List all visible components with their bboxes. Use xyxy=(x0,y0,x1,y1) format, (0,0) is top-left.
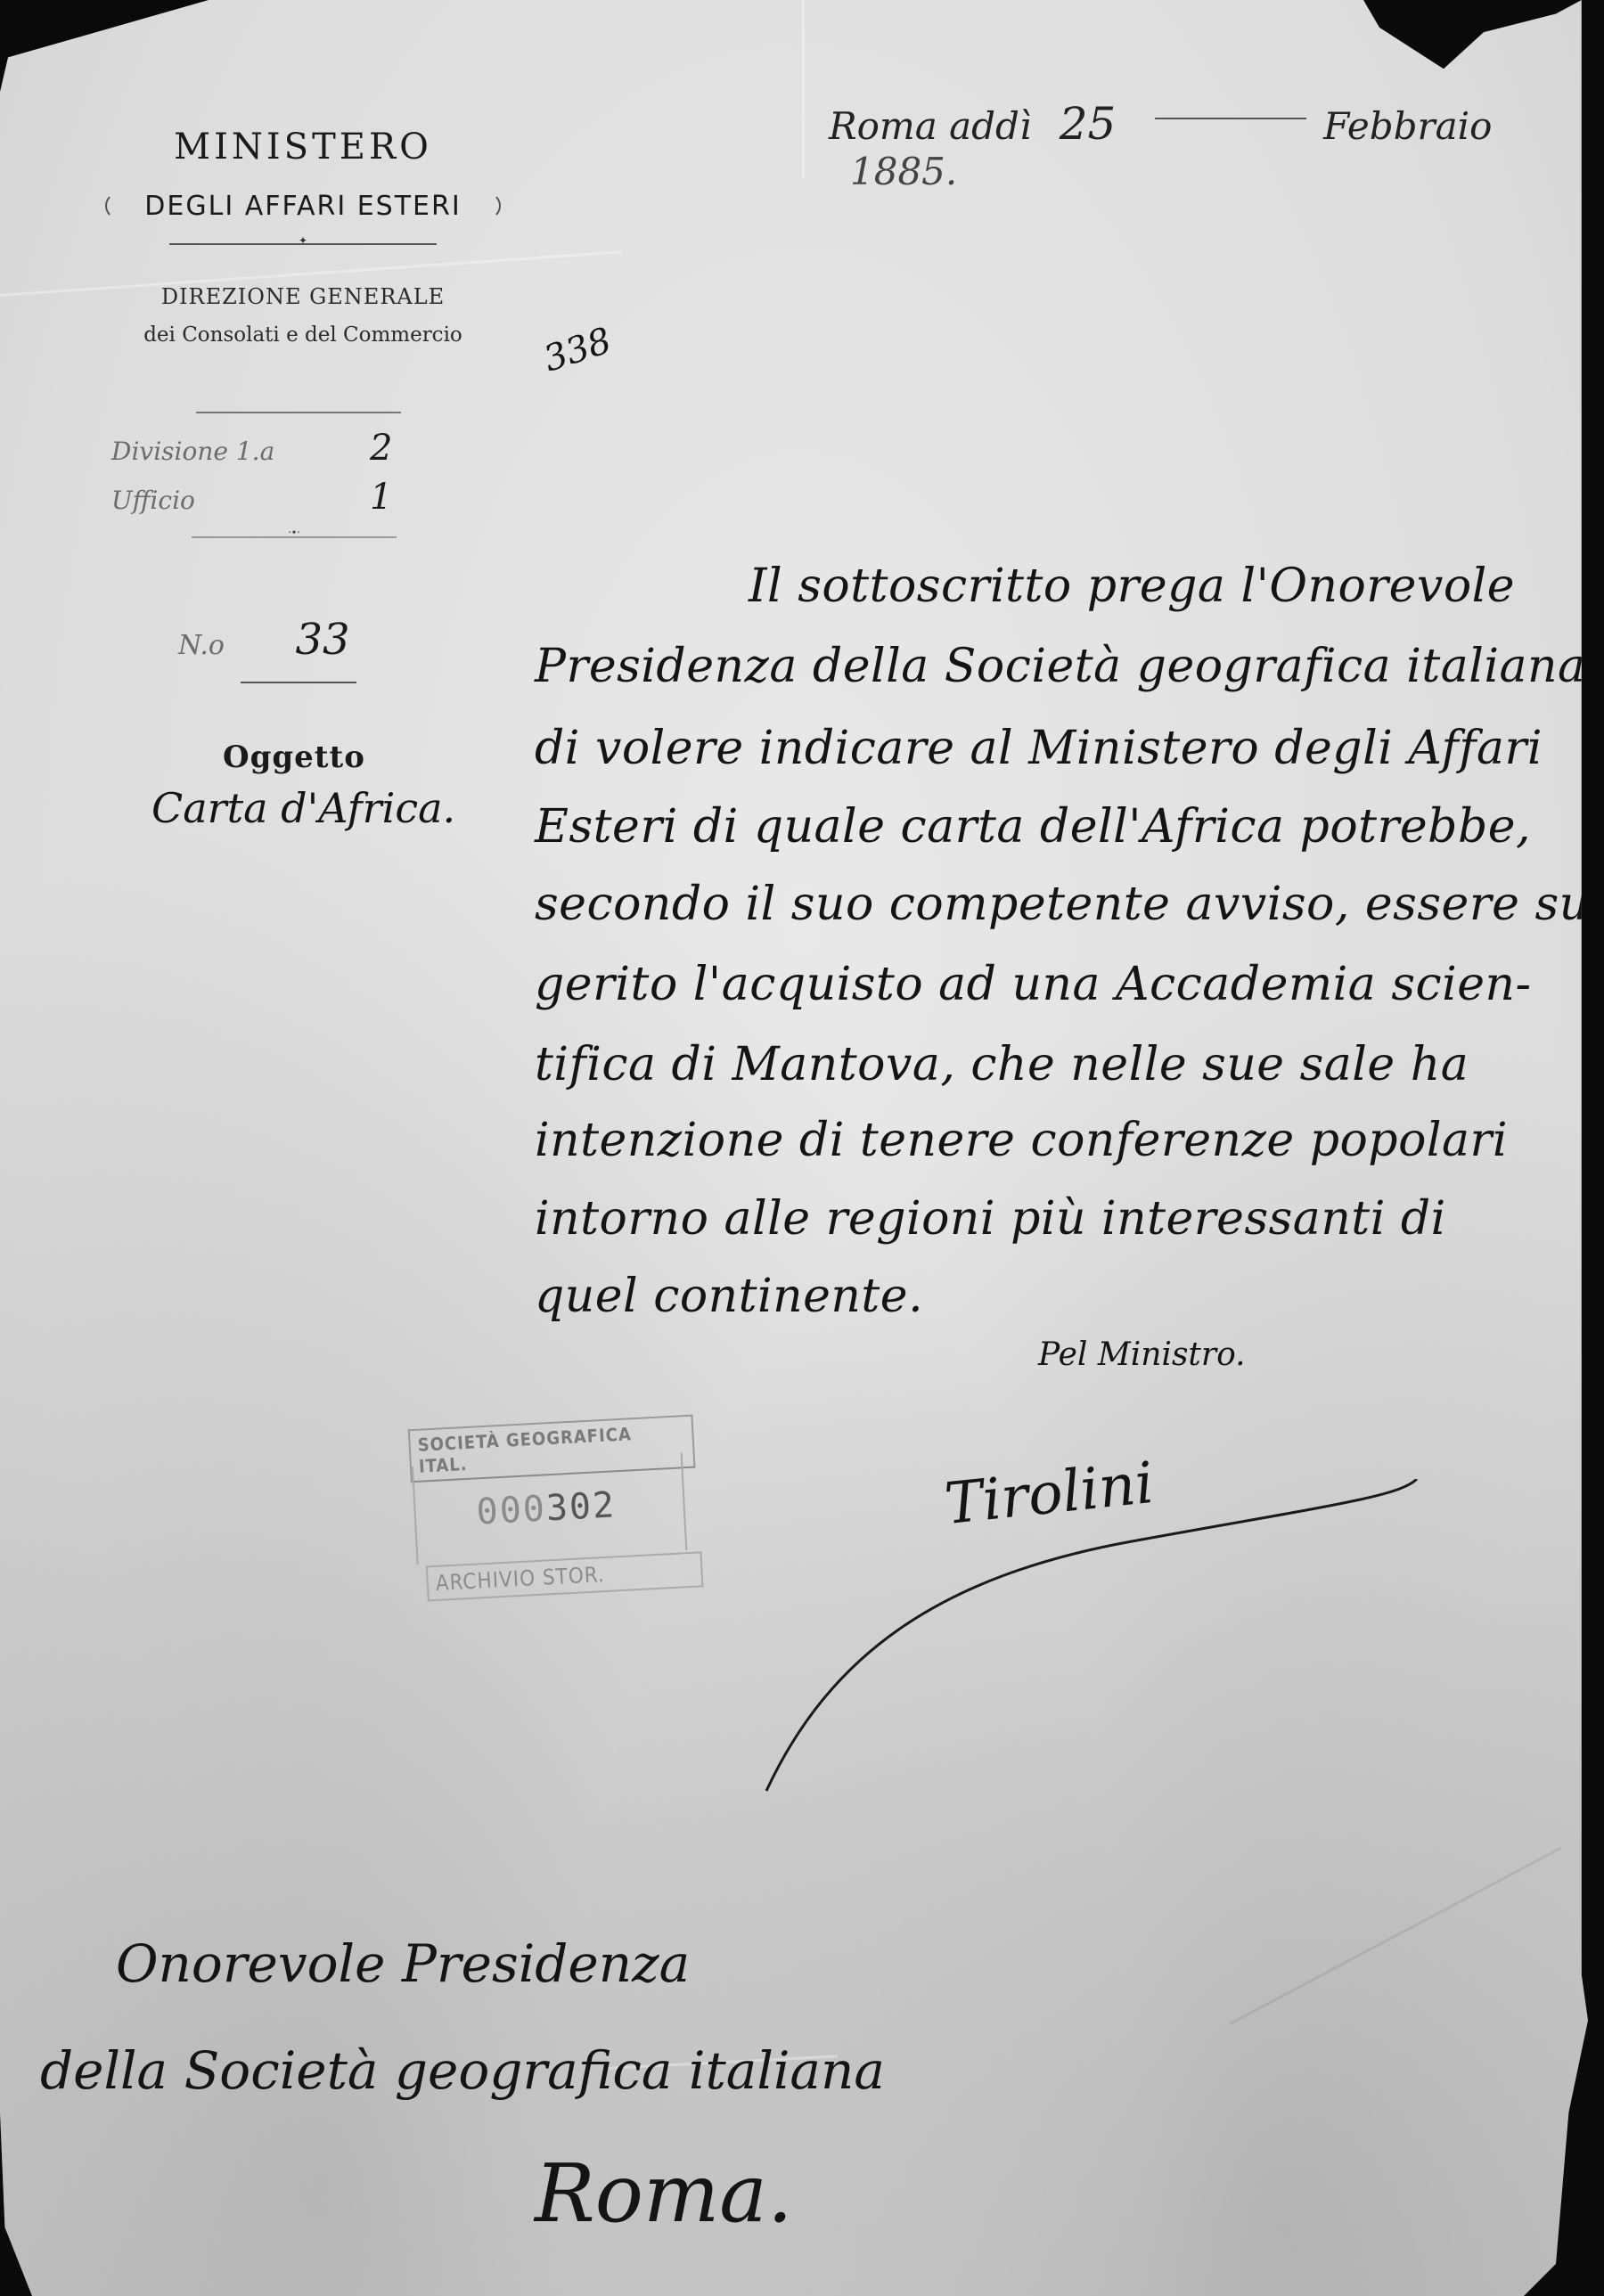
body-line: di volere indicare al Ministero degli Af… xyxy=(535,722,1543,775)
date-day: 25 xyxy=(1060,98,1117,150)
subject-label: Oggetto xyxy=(223,739,365,775)
letterhead-directorate-detail: dei Consolati e del Commercio xyxy=(27,323,579,347)
address-line: Onorevole Presidenza xyxy=(116,1933,690,1994)
protocol-number: N.o 33 xyxy=(178,615,350,665)
stamp-number-main: 302 xyxy=(545,1484,618,1529)
on-behalf-of: Pel Ministro. xyxy=(1038,1336,1246,1373)
subject-value: Carta d'Africa. xyxy=(151,784,455,832)
letterhead-directorate: DIREZIONE GENERALE xyxy=(27,284,579,309)
letterhead-title: MINISTERO xyxy=(27,127,579,168)
address-line: Roma. xyxy=(535,2147,793,2241)
stamp-number: 000302 xyxy=(476,1484,618,1532)
body-line: secondo il suo competente avviso, essere… xyxy=(535,878,1604,931)
date-month: Febbraio xyxy=(1323,104,1492,148)
letter-page: MINISTERO DEGLI AFFARI ESTERI DIREZIONE … xyxy=(0,0,1604,2296)
date-rule xyxy=(1155,118,1306,119)
paper-crease xyxy=(1230,1847,1561,2025)
division-value: 2 xyxy=(370,428,392,469)
divider-rule xyxy=(196,412,401,413)
archive-stamp: SOCIETÀ GEOGRAFICA ITAL. 000302 ARCHIVIO… xyxy=(400,1409,704,1621)
stamp-number-faint: 000 xyxy=(476,1488,548,1532)
body-line: quel continente. xyxy=(535,1270,923,1323)
letterhead-subtitle: DEGLI AFFARI ESTERI xyxy=(105,185,500,227)
divider-rule xyxy=(192,536,397,538)
office-row: Ufficio 1 xyxy=(111,486,195,515)
division-label: Divisione 1.a xyxy=(111,437,274,466)
signature-flourish-icon xyxy=(757,1479,1435,1800)
ornamental-divider xyxy=(169,243,437,245)
date-place: Roma addì xyxy=(829,104,1031,148)
body-line: intorno alle regioni più interessanti di xyxy=(535,1192,1446,1246)
divider-rule xyxy=(241,682,356,683)
body-line: tifica di Mantova, che nelle sue sale ha xyxy=(535,1038,1469,1091)
paper-crease xyxy=(802,0,805,178)
letterhead: MINISTERO DEGLI AFFARI ESTERI DIREZIONE … xyxy=(27,116,579,347)
body-line: Presidenza della Società geografica ital… xyxy=(535,640,1585,693)
body-line: gerito l'acquisto ad una Accademia scien… xyxy=(535,958,1532,1011)
protocol-value: 33 xyxy=(295,615,349,665)
office-label: Ufficio xyxy=(111,486,195,515)
date-line: Roma addì 25 Febbraio 1885. xyxy=(829,98,1604,193)
body-line: Il sottoscritto prega l'Onorevole xyxy=(749,560,1515,613)
protocol-label: N.o xyxy=(178,630,225,661)
body-line: intenzione di tenere conferenze popolari xyxy=(535,1114,1508,1167)
division-row: Divisione 1.a 2 xyxy=(111,437,274,466)
address-line: della Società geografica italiana xyxy=(40,2040,885,2101)
date-year: 1885. xyxy=(850,150,957,193)
office-value: 1 xyxy=(370,477,392,518)
body-line: Esteri di quale carta dell'Africa potreb… xyxy=(535,800,1531,854)
